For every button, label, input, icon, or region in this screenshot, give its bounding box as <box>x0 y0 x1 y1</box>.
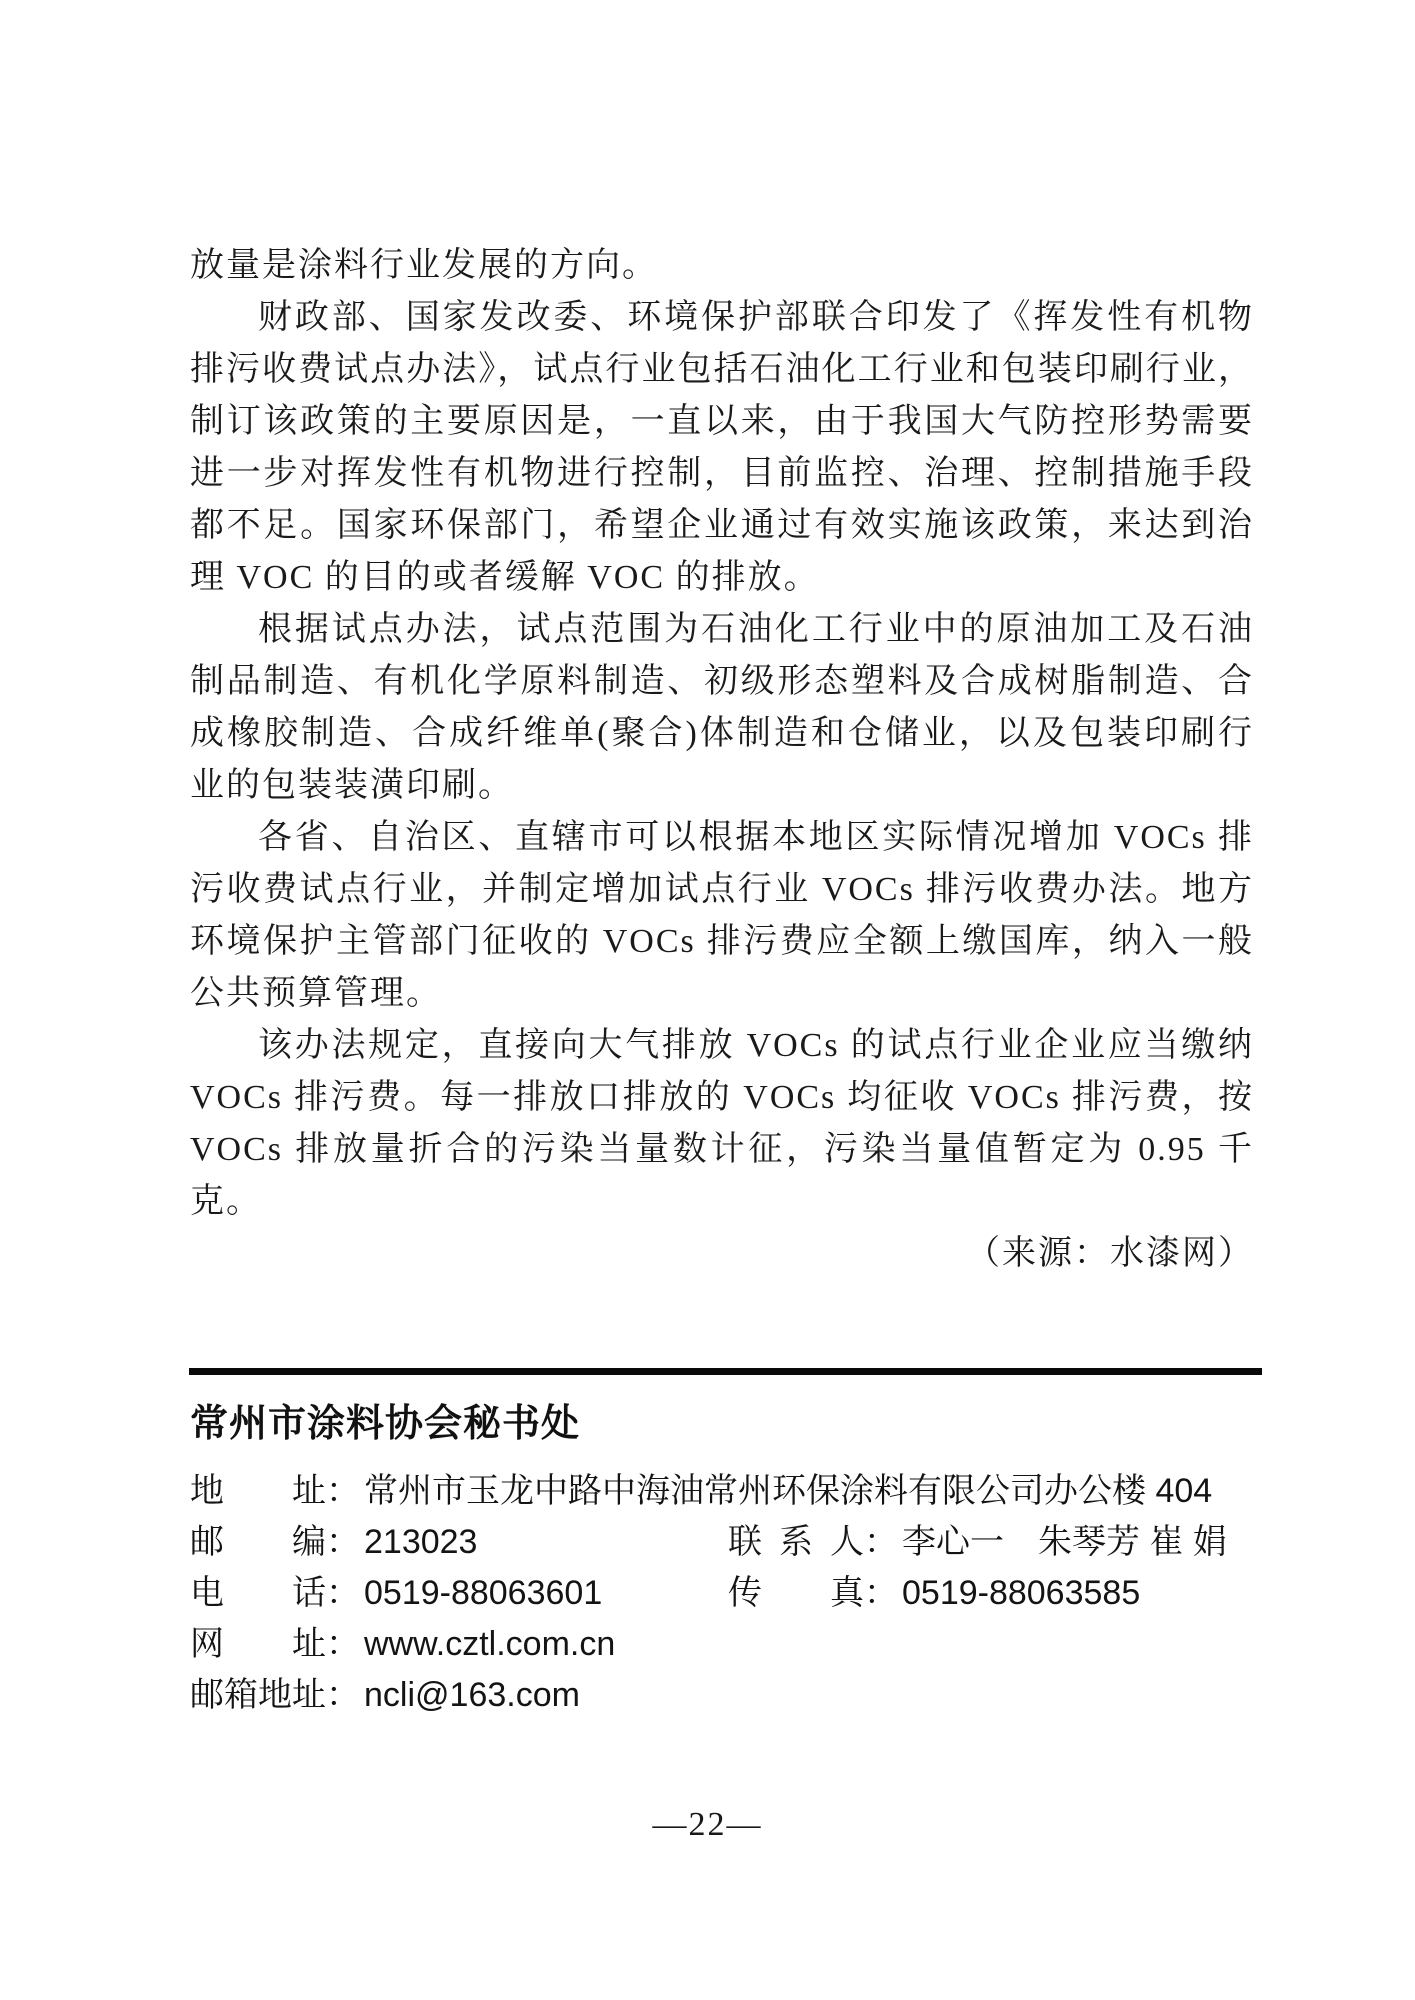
contact-row-postal-contacts: 邮编：213023 联系人：李心一 朱琴芳 崔 娟 <box>190 1517 1262 1568</box>
contact-person-value: 李心一 朱琴芳 崔 娟 <box>902 1517 1227 1568</box>
fax-label: 传真 <box>728 1568 864 1619</box>
postal-code-label: 邮编 <box>190 1517 326 1568</box>
colon: ： <box>326 1466 360 1517</box>
paragraph-5: 该办法规定，直接向大气排放 VOCs 的试点行业企业应当缴纳 VOCs 排污费。… <box>190 1020 1254 1228</box>
page-number: —22— <box>0 1806 1415 1844</box>
colon: ： <box>864 1568 898 1619</box>
postal-code-value: 213023 <box>364 1517 477 1568</box>
source-attribution: （来源：水漆网） <box>190 1228 1254 1280</box>
paragraph-1: 放量是涂料行业发展的方向。 <box>190 240 1254 292</box>
colon: ： <box>326 1568 360 1619</box>
contact-person-label: 联系人 <box>728 1517 864 1568</box>
address-value: 常州市玉龙中路中海油常州环保涂料有限公司办公楼 404 <box>364 1466 1212 1517</box>
contact-row-address: 地址：常州市玉龙中路中海油常州环保涂料有限公司办公楼 404 <box>190 1466 1262 1517</box>
contact-row-phone-fax: 电话：0519-88063601 传真：0519-88063585 <box>190 1568 1262 1619</box>
contacts-group: 联系人：李心一 朱琴芳 崔 娟 <box>728 1517 1227 1568</box>
document-page: 放量是涂料行业发展的方向。 财政部、国家发改委、环境保护部联合印发了《挥发性有机… <box>0 0 1415 2000</box>
paragraph-3: 根据试点办法，试点范围为石油化工行业中的原油加工及石油制品制造、有机化学原料制造… <box>190 604 1254 812</box>
email-value: ncli@163.com <box>364 1670 580 1721</box>
article-body: 放量是涂料行业发展的方向。 财政部、国家发改委、环境保护部联合印发了《挥发性有机… <box>190 240 1254 1280</box>
fax-value: 0519-88063585 <box>902 1568 1140 1619</box>
contact-row-email: 邮箱地址：ncli@163.com <box>190 1670 1262 1721</box>
fax-group: 传真：0519-88063585 <box>728 1568 1140 1619</box>
paragraph-4: 各省、自治区、直辖市可以根据本地区实际情况增加 VOCs 排污收费试点行业，并制… <box>190 812 1254 1020</box>
footer-heading: 常州市涂料协会秘书处 <box>190 1392 580 1447</box>
website-label: 网址 <box>190 1619 326 1670</box>
phone-value: 0519-88063601 <box>364 1568 602 1619</box>
contact-row-website: 网址：www.cztl.com.cn <box>190 1619 1262 1670</box>
colon: ： <box>326 1670 360 1721</box>
address-label: 地址 <box>190 1466 326 1517</box>
colon: ： <box>864 1517 898 1568</box>
website-value: www.cztl.com.cn <box>364 1619 615 1670</box>
colon: ： <box>326 1619 360 1670</box>
footer-divider <box>189 1368 1262 1375</box>
paragraph-2: 财政部、国家发改委、环境保护部联合印发了《挥发性有机物排污收费试点办法》，试点行… <box>190 292 1254 604</box>
email-label: 邮箱地址 <box>190 1670 326 1721</box>
colon: ： <box>326 1517 360 1568</box>
contact-info: 地址：常州市玉龙中路中海油常州环保涂料有限公司办公楼 404 邮编：213023… <box>190 1466 1262 1721</box>
phone-label: 电话 <box>190 1568 326 1619</box>
